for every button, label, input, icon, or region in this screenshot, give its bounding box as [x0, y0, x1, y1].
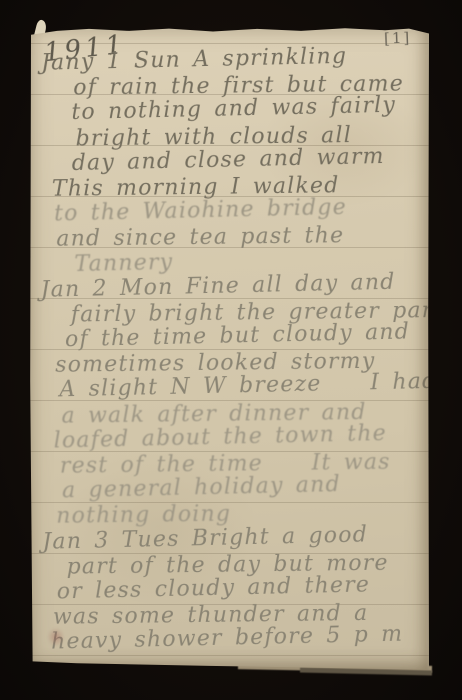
- diary-page: 1911 [1] Jany 1 Sun A sprinkling of rain…: [29, 27, 429, 671]
- entry-jan-1-sun: Jany 1 Sun A sprinkling of rain the firs…: [29, 48, 429, 277]
- entry-jan-3-tues: Jan 3 Tues Bright a good part of the day…: [32, 527, 429, 656]
- diary-text: Jany 1 Sun A sprinkling of rain the firs…: [29, 48, 429, 655]
- red-pencil-smudge: [47, 627, 65, 647]
- photo-backdrop: 1911 [1] Jany 1 Sun A sprinkling of rain…: [0, 0, 462, 700]
- entry-jan-2-mon: Jan 2 Mon Fine all day and fairly bright…: [31, 275, 429, 530]
